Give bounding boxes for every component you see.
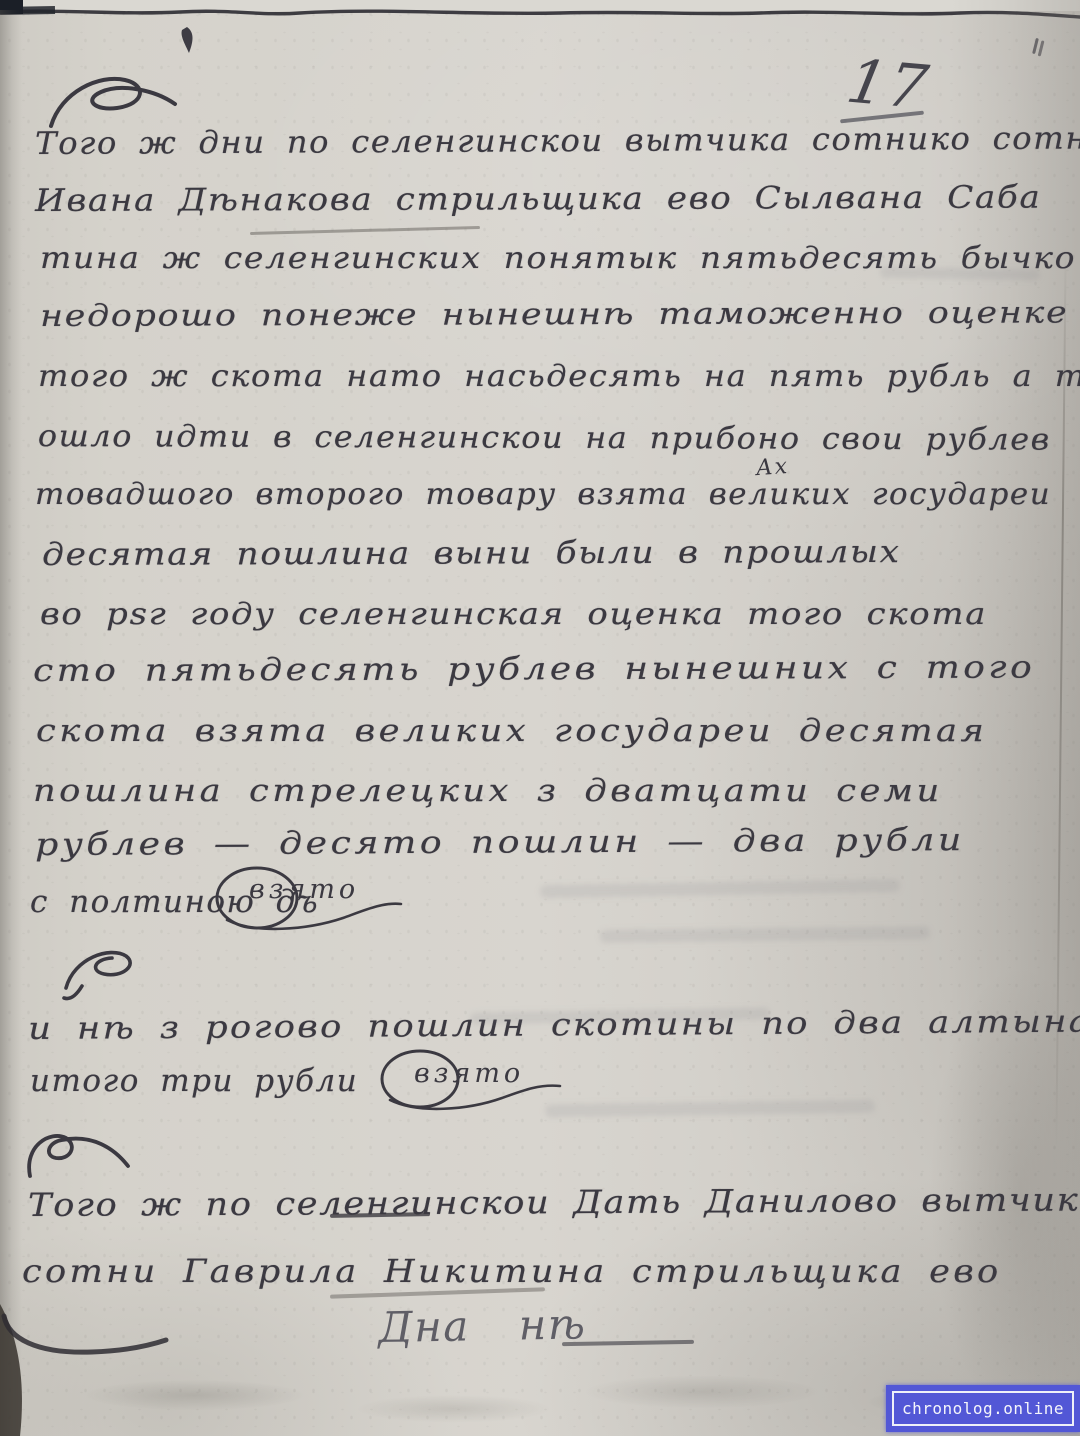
seal-word: взято: [414, 1058, 524, 1089]
manuscript-line: того ж скота нато насьдесять на пять руб…: [38, 359, 1080, 394]
seal-word: взято: [249, 874, 359, 905]
seal-flourish: взято: [380, 1042, 570, 1116]
manuscript-line: десятая пошлина выни были в прошлых: [42, 534, 901, 573]
watermark: chronolog.online: [886, 1385, 1080, 1432]
manuscript-line: сто пятьдесять рублев нынешних с того: [33, 650, 1035, 689]
manuscript-line: итого три рубли: [30, 1063, 358, 1099]
manuscript-line: товадшого второго товару взята великих г…: [35, 477, 1051, 512]
manuscript-scan-page: 17 Того ж дни по селенгинскои вытчика со…: [0, 0, 1080, 1436]
manuscript-line: во рѕг году селенгинская оценка того ско…: [40, 597, 987, 632]
manuscript-line: Того ж по селенгинскои Дать Данилово выт…: [28, 1180, 1080, 1224]
manuscript-line: сотни Гаврила Никитина стрильщика ево: [22, 1252, 1002, 1290]
interlinear-note: Ах: [755, 454, 790, 481]
watermark-text: chronolog.online: [902, 1399, 1064, 1418]
manuscript-line: пошлина стрелецких з дватцати семи: [33, 773, 943, 809]
manuscript-line: Ивана Дѣнакова стрильщика ево Сылвана Са…: [35, 179, 1041, 219]
manuscript-line: скота взята великих государеи десятая: [36, 713, 987, 749]
page-left-edge-shadow: [0, 10, 22, 1436]
manuscript-line: ошло идти в селенгинскои на прибоно свои…: [38, 419, 1051, 458]
manuscript-line: и нѣ з рогово пошлин скотины по два алты…: [28, 1004, 1080, 1047]
stray-pen-stroke: [0, 1308, 170, 1372]
page-top-edge: [0, 0, 1080, 26]
manuscript-line: Того ж дни по селенгинскои вытчика сотни…: [35, 120, 1080, 162]
pen-flourish: [20, 1124, 135, 1186]
manuscript-line: рублев — десято пошлин — два рубли: [35, 822, 965, 863]
watermark-frame: chronolog.online: [892, 1391, 1074, 1426]
ink-bleed-ghost: [880, 267, 1040, 281]
manuscript-line: недорошо понеже нынешнѣ таможенно оценке: [40, 295, 1068, 334]
pencil-stroke: [250, 226, 480, 235]
seal-flourish: взято: [215, 858, 415, 938]
ink-bleed-ghost: [540, 879, 900, 898]
ink-blot: [178, 26, 198, 56]
paper-stain-bottom-right: [880, 880, 1080, 1400]
ink-bleed-ghost: [545, 1100, 875, 1118]
pen-flourish: [60, 944, 155, 1004]
manuscript-bottom-note: Дна нѣ: [378, 1299, 587, 1352]
